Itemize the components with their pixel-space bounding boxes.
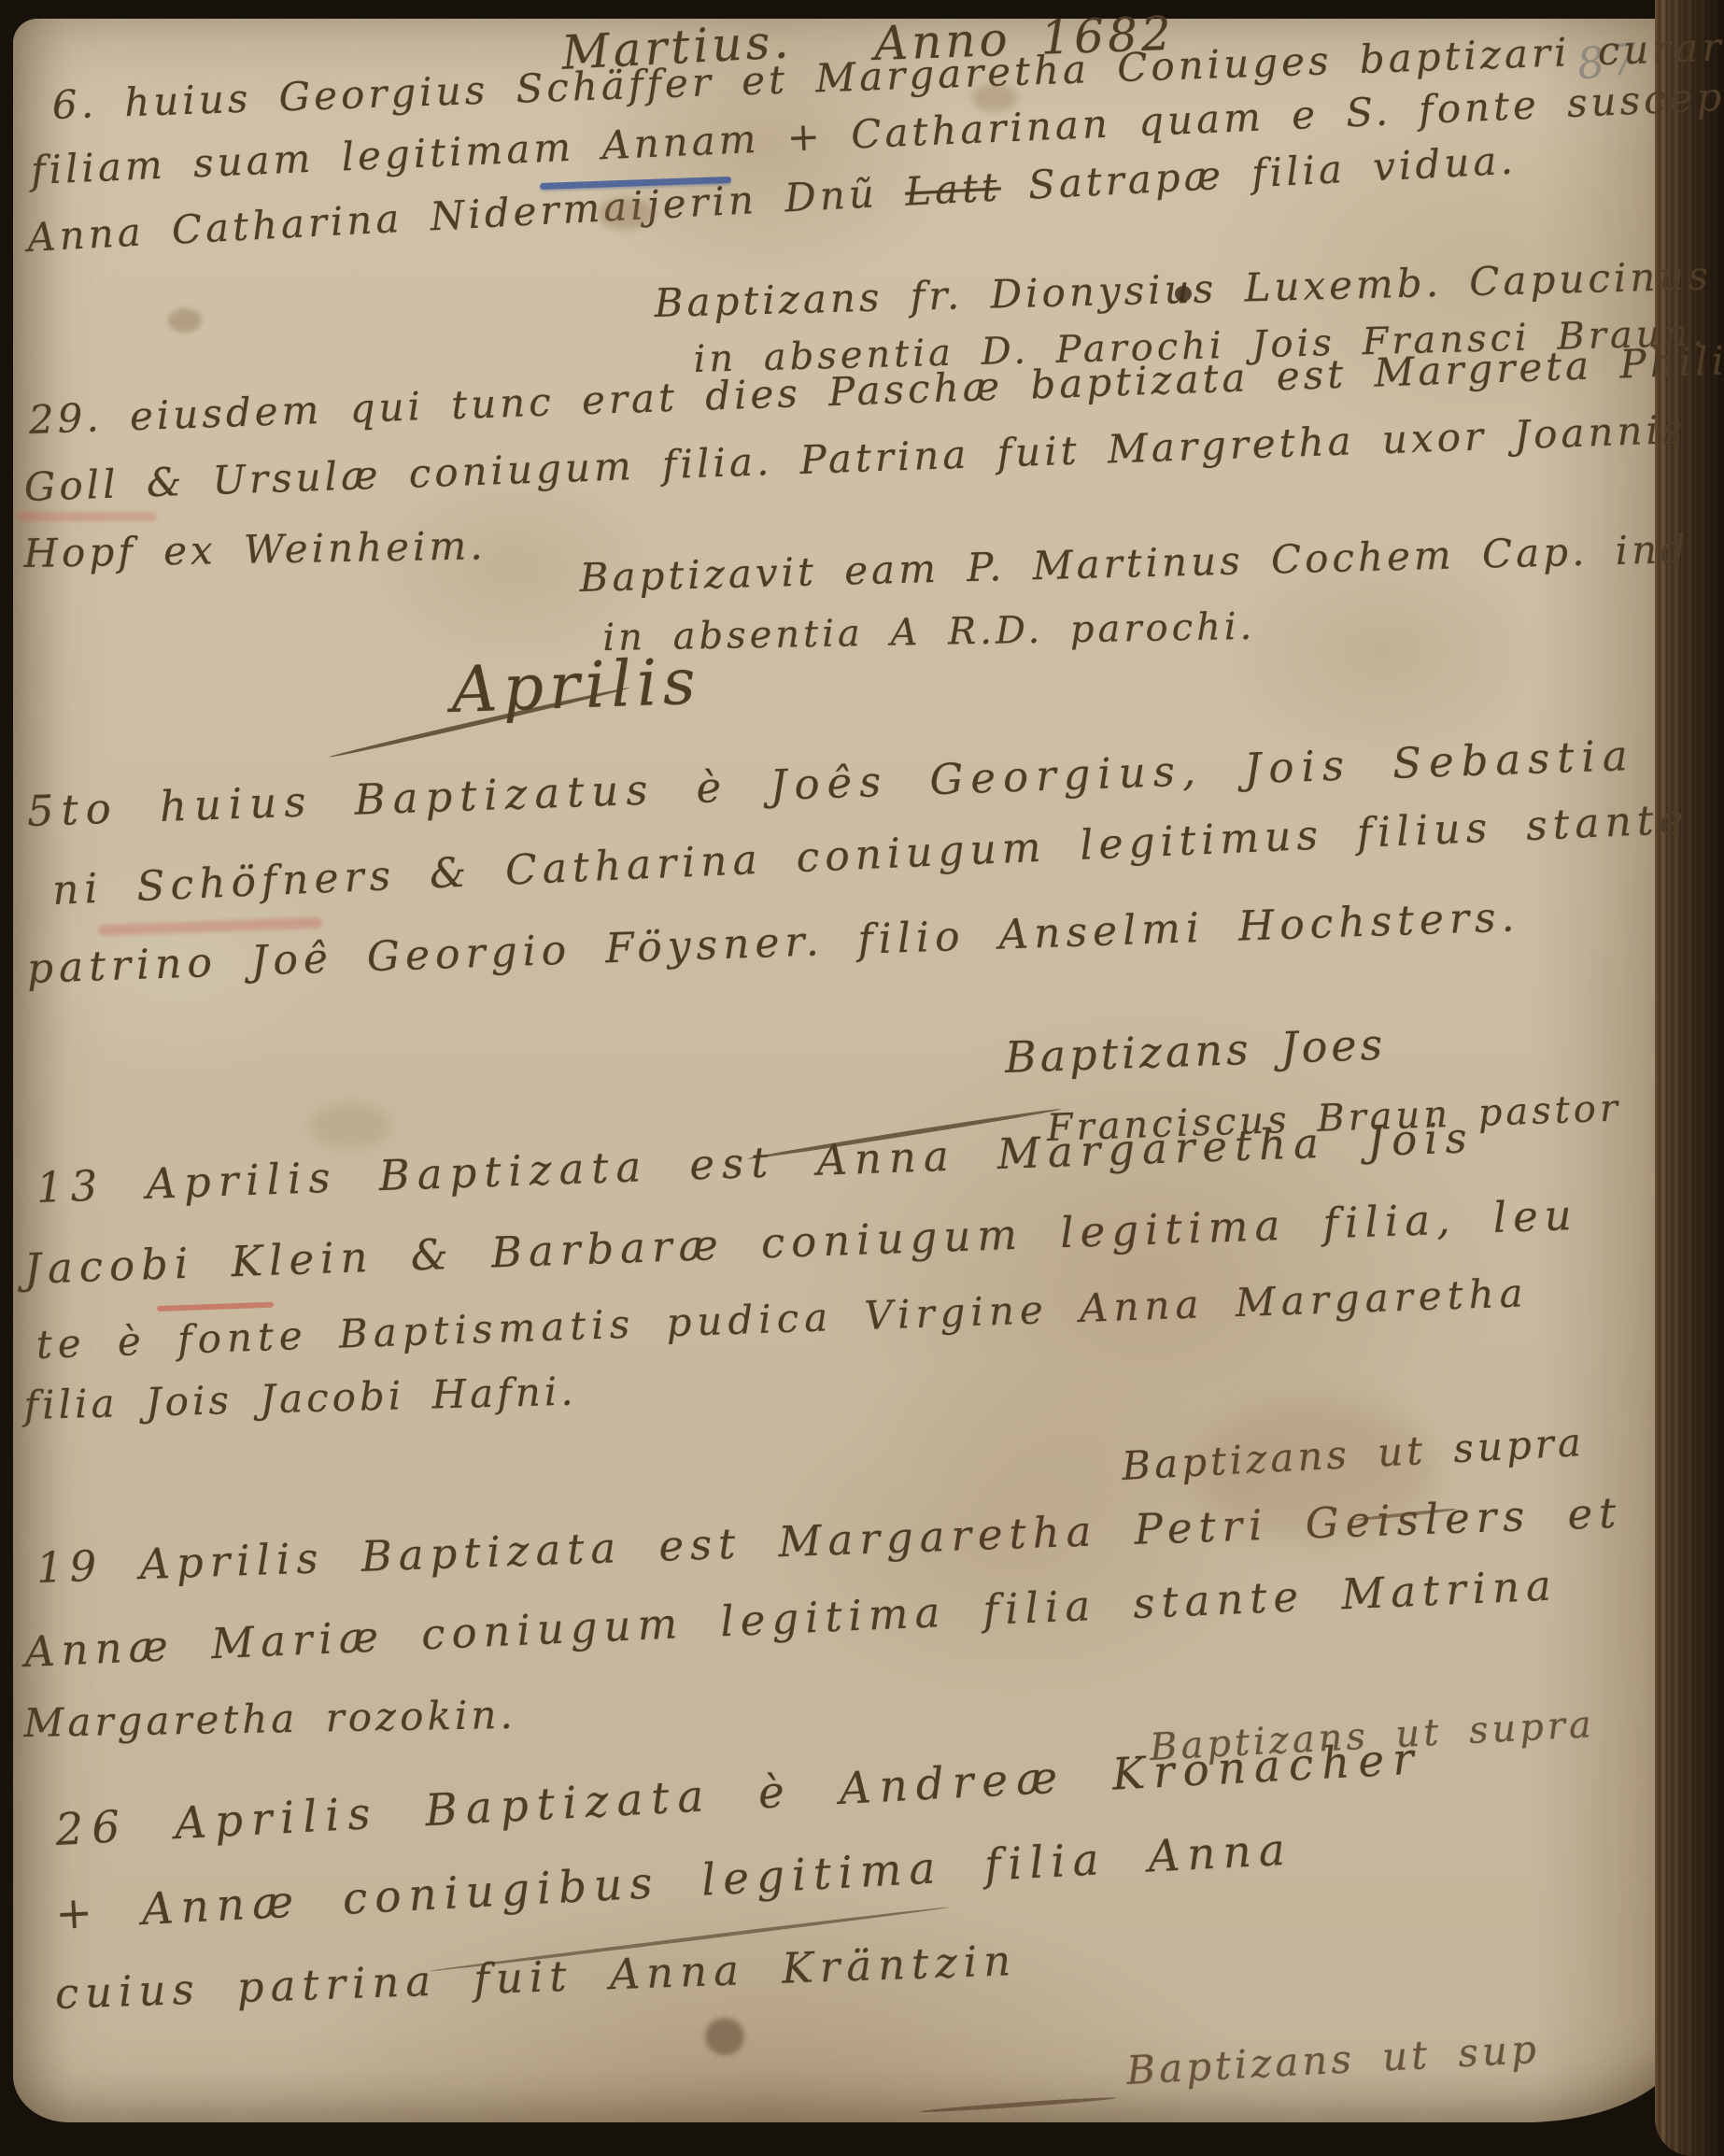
stain-spot: [308, 1102, 392, 1149]
entry1-struck-word: Latt: [904, 163, 1002, 214]
ink-blot: [1175, 286, 1192, 302]
stain-spot: [1195, 1401, 1438, 1541]
scanned-register-page: { "document": { "page_number": "87", "mo…: [0, 0, 1724, 2156]
stain-spot: [168, 308, 202, 333]
stain-spot: [971, 84, 1018, 112]
entry2-line3: Hopf ex Weinheim.: [23, 522, 487, 576]
stain-spot: [705, 2018, 744, 2055]
red-smear-margin: [17, 512, 157, 521]
section-header: Aprilis: [450, 645, 702, 728]
entry5-line3: Margaretha rozokin.: [23, 1692, 516, 1746]
stain-spot: [598, 198, 654, 230]
